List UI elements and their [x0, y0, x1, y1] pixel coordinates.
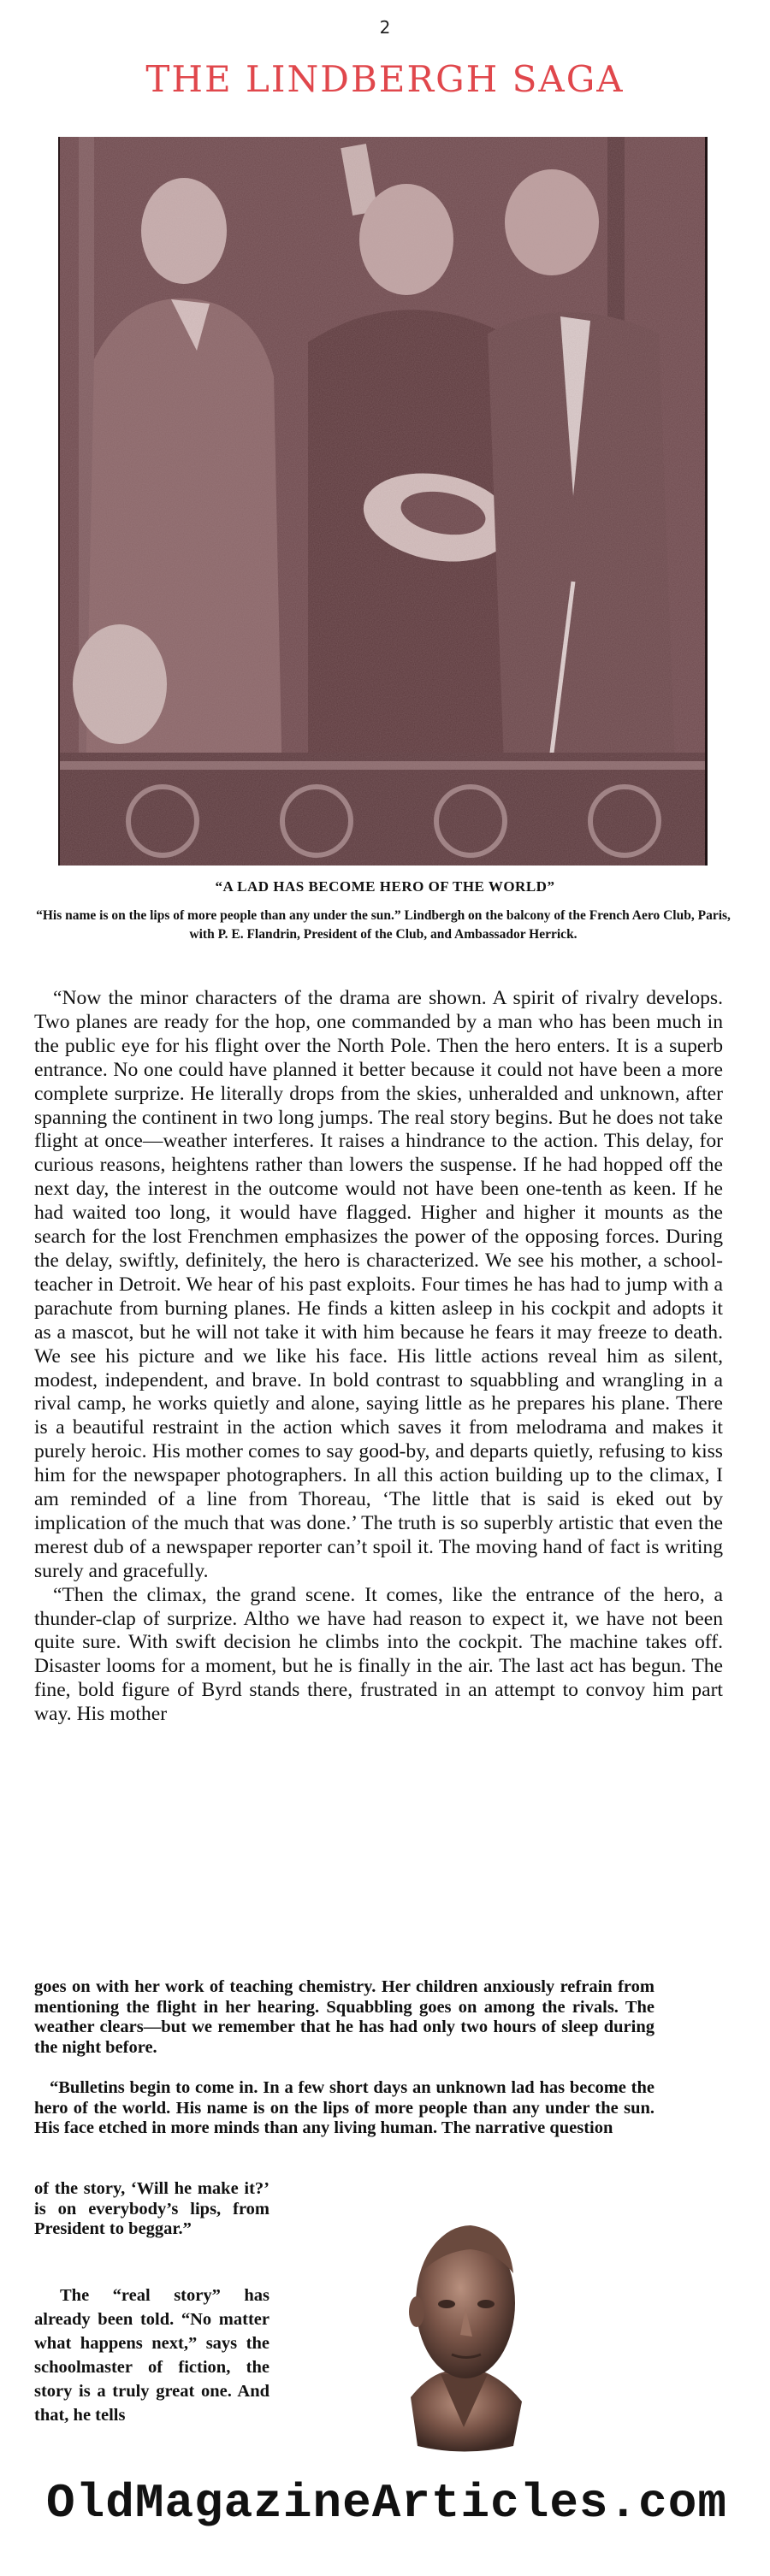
- article-paragraph-4: “Bulletins begin to come in. In a few sh…: [34, 2078, 654, 2139]
- article-narrow-column-2: The “real story” has already been told. …: [34, 2284, 269, 2427]
- photo-caption-text: “His name is on the lips of more people …: [24, 907, 743, 944]
- article-body-continuation: goes on with her work of teaching chemis…: [34, 1977, 654, 2059]
- article-body-bulletins: “Bulletins begin to come in. In a few sh…: [34, 2078, 654, 2139]
- article-title: THE LINDBERGH SAGA: [0, 58, 770, 100]
- article-paragraph-2: “Then the climax, the grand scene. It co…: [34, 1584, 723, 1727]
- article-body-main: “Now the minor characters of the drama a…: [34, 987, 723, 1727]
- balcony-photo: [58, 137, 708, 866]
- photo-illustration: [60, 137, 705, 866]
- article-narrow-column-1: of the story, ‘Will he make it?’ is on e…: [34, 2179, 269, 2240]
- article-paragraph-3: goes on with her work of teaching chemis…: [34, 1977, 654, 2059]
- site-watermark: OldMagazineArticles.com: [19, 2476, 755, 2531]
- bust-illustration: [394, 2222, 535, 2453]
- article-paragraph-5: of the story, ‘Will he make it?’ is on e…: [34, 2179, 269, 2240]
- page-number: 2: [0, 17, 770, 38]
- lindbergh-bust-image: [394, 2222, 535, 2453]
- photo-caption-headline: “A LAD HAS BECOME HERO OF THE WORLD”: [51, 878, 719, 895]
- article-paragraph-6: The “real story” has already been told. …: [34, 2284, 269, 2427]
- article-paragraph-1: “Now the minor characters of the drama a…: [34, 987, 723, 1584]
